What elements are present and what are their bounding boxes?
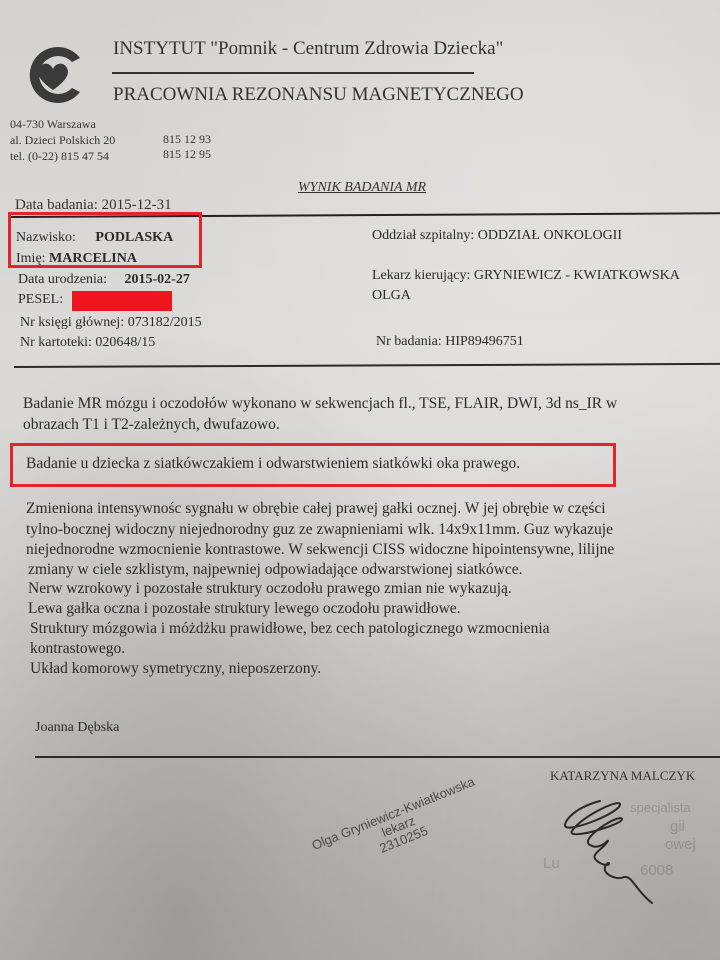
phone-number: 815 12 93: [163, 132, 211, 147]
faded-stamp-text: Lu: [543, 855, 560, 872]
surname-value: PODLASKA: [95, 230, 173, 245]
pesel-redaction: [72, 291, 172, 311]
pesel-label: PESEL:: [18, 292, 63, 307]
header-divider: [112, 72, 474, 74]
referring-doctor-value: GRYNIEWICZ - KWIATKOWSKA: [474, 268, 680, 283]
lab-name: PRACOWNIA REZONANSU MAGNETYCZNEGO: [113, 84, 524, 106]
signature-divider: [35, 756, 720, 758]
name-label: Imię:: [16, 251, 46, 266]
file-number-value: 020648/15: [95, 335, 155, 350]
dob-field: Data urodzenia: 2015-02-27: [18, 272, 190, 288]
surname-label: Nazwisko:: [16, 230, 76, 245]
phone-number: 815 12 95: [163, 147, 211, 162]
report-title: WYNIK BADANIA MR: [298, 180, 426, 196]
pesel-field: PESEL:: [18, 292, 63, 308]
referring-doctor-firstname: OLGA: [372, 288, 411, 304]
finding-line: Układ komorowy symetryczny, nieposzerzon…: [30, 660, 321, 678]
dob-label: Data urodzenia:: [18, 272, 107, 287]
book-number-value: 073182/2015: [128, 315, 202, 330]
section-divider: [14, 363, 720, 368]
exam-number-value: HIP89496751: [445, 334, 524, 349]
finding-line: Struktury mózgowia i móżdżku prawidłowe,…: [30, 620, 550, 638]
address-line: al. Dzieci Polskich 20: [10, 133, 115, 148]
intro-line: Badanie MR mózgu i oczodołów wykonano w …: [23, 395, 617, 413]
intro-line: obrazach T1 i T2-zależnych, dwufazowo.: [23, 416, 280, 434]
ward-field: Oddział szpitalny: ODDZIAŁ ONKOLOGII: [372, 228, 622, 244]
address-line: 04-730 Warszawa: [10, 117, 96, 132]
referring-doctor-field: Lekarz kierujący: GRYNIEWICZ - KWIATKOWS…: [372, 268, 680, 284]
author-name: Joanna Dębska: [35, 720, 119, 736]
institute-name: INSTYTUT "Pomnik - Centrum Zdrowia Dziec…: [113, 38, 503, 60]
finding-line: niejednorodne wzmocnienie kontrastowe. W…: [26, 541, 614, 559]
exam-date-value: 2015-12-31: [102, 197, 172, 213]
exam-date-label: Data badania:: [15, 197, 98, 213]
heart-in-c-logo-icon: [18, 44, 88, 106]
referring-doctor-label: Lekarz kierujący:: [372, 268, 470, 283]
doctor-stamp: Olga Gryniewicz-Kwiatkowska lekarz 23102…: [310, 775, 487, 879]
finding-line: kontrastowego.: [30, 640, 125, 658]
surname-field: Nazwisko: PODLASKA: [16, 230, 173, 246]
name-field: Imię: MARCELINA: [16, 251, 137, 267]
name-value: MARCELINA: [49, 251, 137, 266]
verifier-name: KATARZYNA MALCZYK: [550, 768, 695, 784]
phone-line: tel. (0-22) 815 47 54: [10, 149, 109, 164]
file-number-field: Nr kartoteki: 020648/15: [20, 335, 155, 351]
ward-label: Oddział szpitalny:: [372, 228, 474, 243]
diagnosis-line: Badanie u dziecka z siatkówczakiem i odw…: [26, 455, 520, 473]
book-number-field: Nr księgi głównej: 073182/2015: [20, 315, 202, 331]
ward-value: ODDZIAŁ ONKOLOGII: [478, 228, 622, 243]
finding-line: Lewa gałka oczna i pozostałe struktury l…: [28, 600, 461, 618]
exam-number-field: Nr badania: HIP89496751: [376, 334, 524, 350]
file-number-label: Nr kartoteki:: [20, 335, 92, 350]
finding-line: zmiany w ciele szklistym, najpewniej odp…: [28, 561, 523, 579]
book-number-label: Nr księgi głównej:: [20, 315, 124, 330]
exam-number-label: Nr badania:: [376, 334, 442, 349]
handwritten-signature-icon: [560, 795, 680, 910]
finding-line: Zmieniona intensywnośc sygnału w obrębie…: [26, 500, 606, 518]
finding-line: tylno-bocznej widoczny niejednorodny guz…: [26, 521, 613, 539]
dob-value: 2015-02-27: [125, 272, 190, 287]
finding-line: Nerw wzrokowy i pozostałe struktury oczo…: [28, 580, 512, 598]
